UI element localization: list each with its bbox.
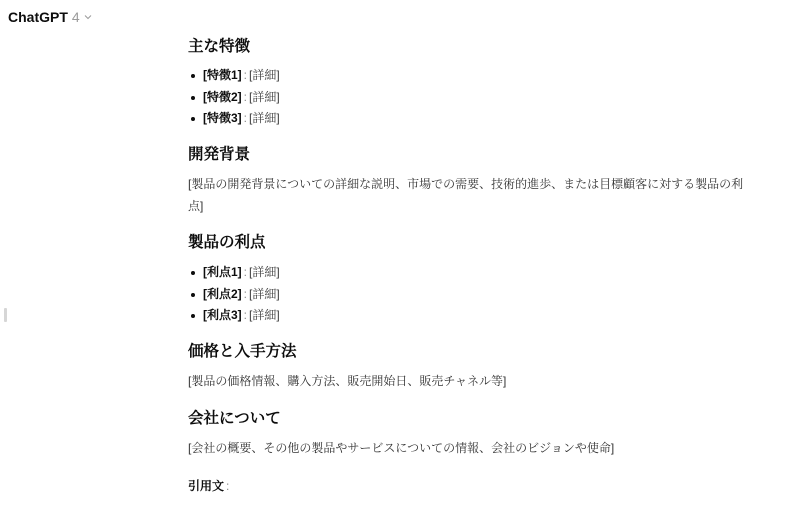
quote-label: 引用文:: [188, 475, 229, 497]
model-version: 4: [72, 9, 80, 25]
pricing-text: [製品の価格情報、購入方法、販売開始日、販売チャネル等]: [188, 370, 506, 392]
model-selector[interactable]: ChatGPT 4: [8, 8, 92, 26]
section-heading-background: 開発背景: [188, 144, 250, 166]
features-list: [特徴1]:[詳細] [特徴2]:[詳細] [特徴3]:[詳細]: [188, 65, 280, 130]
sidebar-resize-handle[interactable]: [4, 308, 7, 322]
company-text: [会社の概要、その他の製品やサービスについての情報、会社のビジョンや使命]: [188, 437, 614, 459]
list-item: [利点1]:[詳細]: [188, 262, 280, 284]
app-title: ChatGPT: [8, 9, 68, 25]
list-item: [特徴1]:[詳細]: [188, 65, 280, 87]
background-text: [製品の開発背景についての詳細な説明、市場での需要、技術的進歩、または目標顧客に…: [188, 173, 758, 217]
section-heading-features: 主な特徴: [188, 36, 250, 58]
list-item: [特徴3]:[詳細]: [188, 108, 280, 130]
section-heading-company: 会社について: [188, 408, 281, 430]
list-item: [特徴2]:[詳細]: [188, 87, 280, 109]
chevron-down-icon: [84, 13, 92, 21]
list-item: [利点2]:[詳細]: [188, 284, 280, 306]
benefits-list: [利点1]:[詳細] [利点2]:[詳細] [利点3]:[詳細]: [188, 262, 280, 327]
section-heading-benefits: 製品の利点: [188, 232, 266, 254]
list-item: [利点3]:[詳細]: [188, 305, 280, 327]
section-heading-pricing: 価格と入手方法: [188, 341, 297, 363]
